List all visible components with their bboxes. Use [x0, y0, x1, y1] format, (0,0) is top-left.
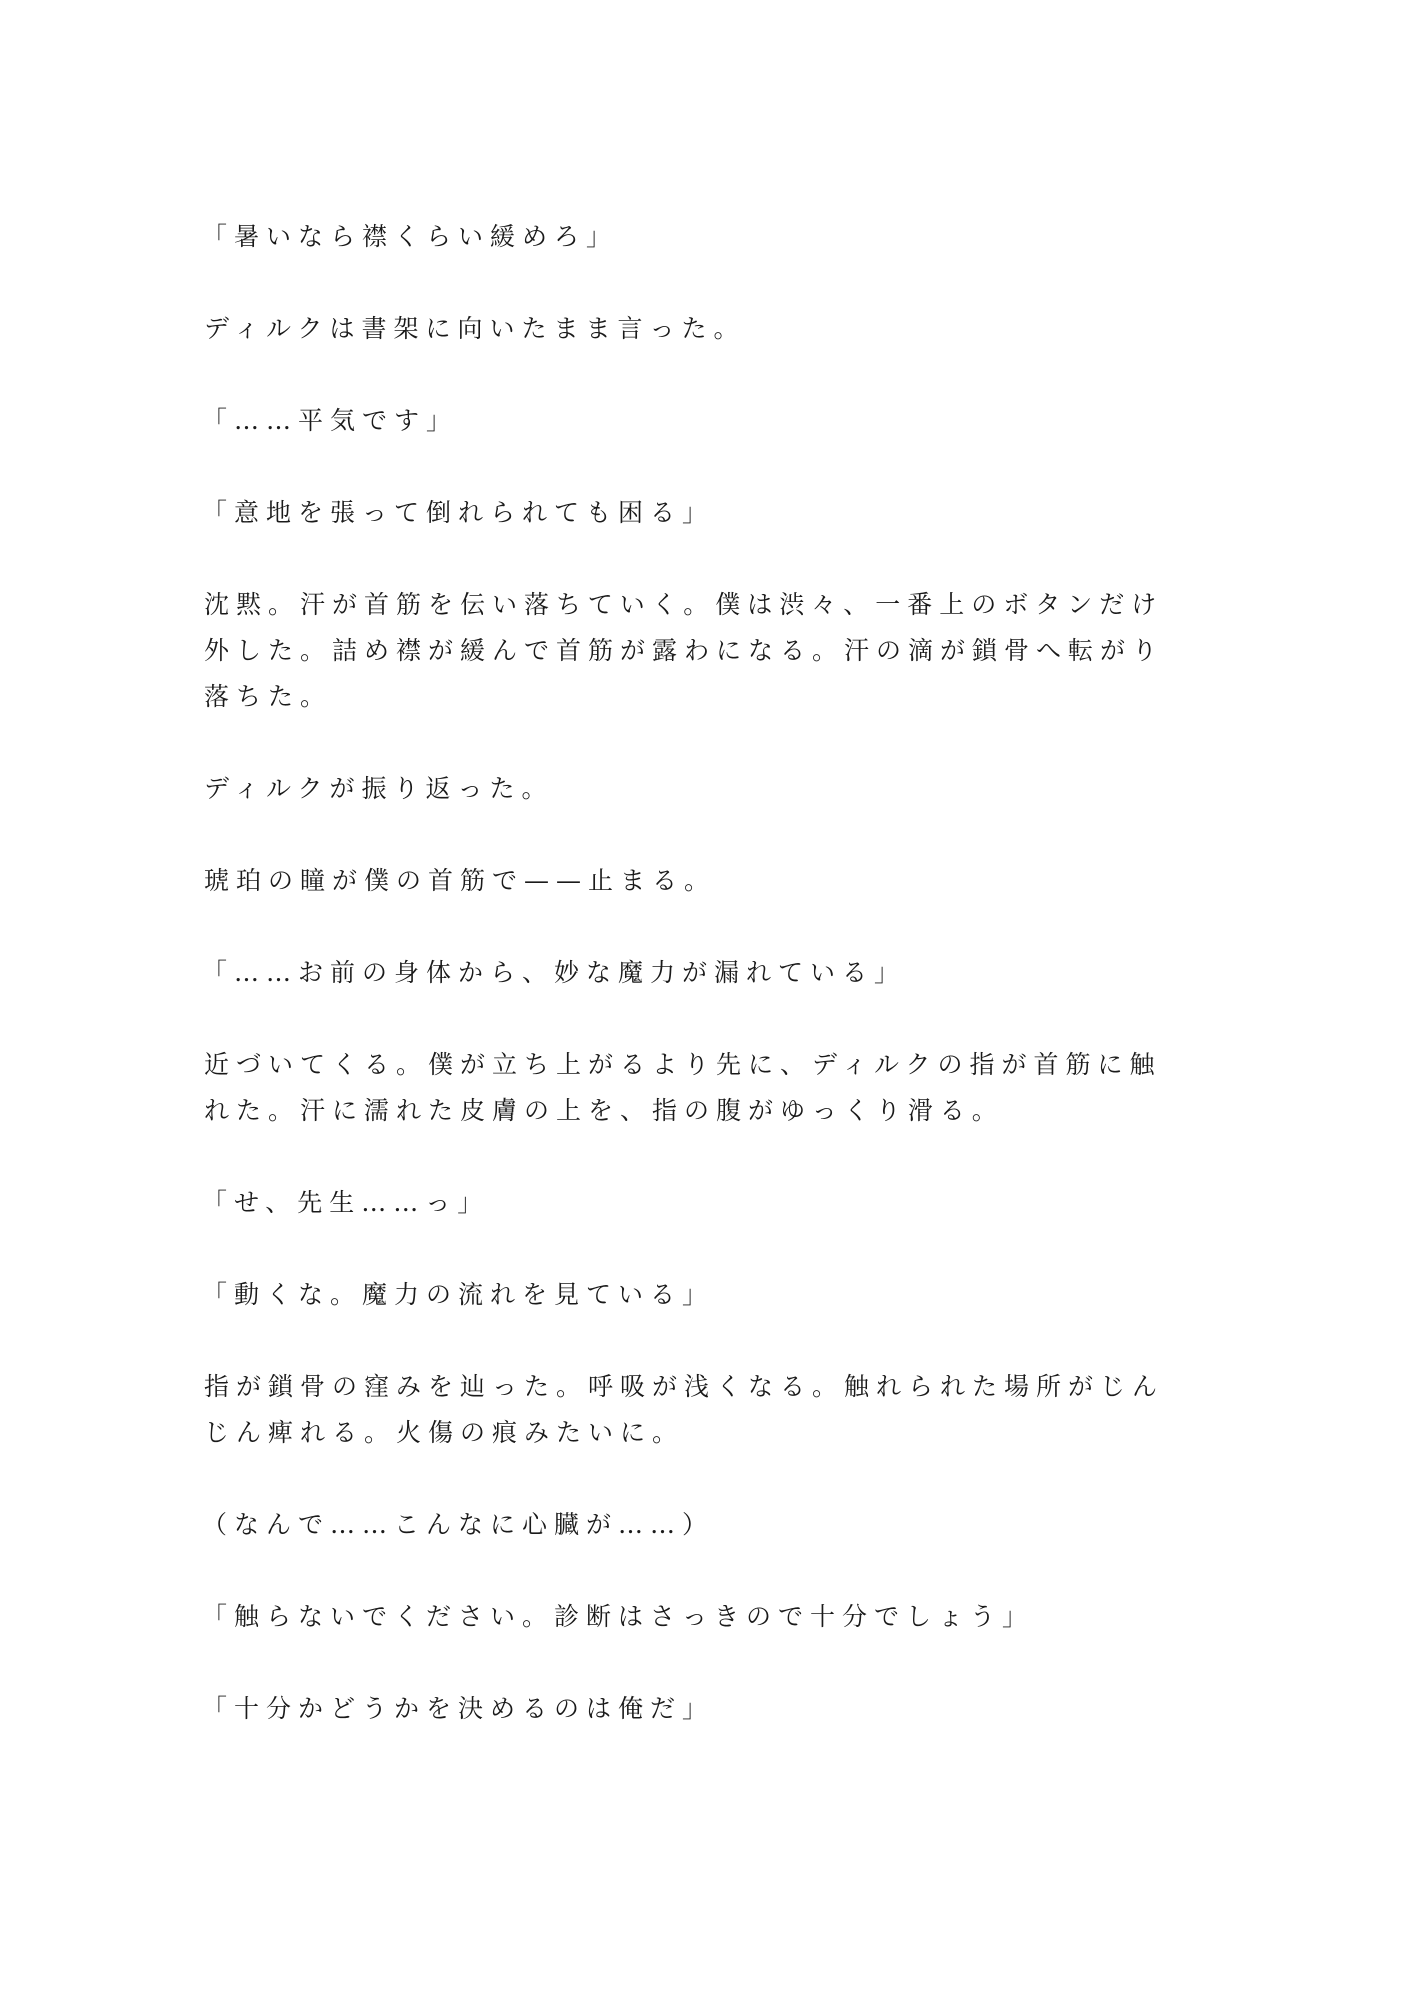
paragraph-dialogue: 「暑いなら襟くらい緩めろ」: [202, 214, 1184, 260]
paragraph-dialogue: 「動くな。魔力の流れを見ている」: [202, 1272, 1184, 1318]
paragraph-narration: ディルクは書架に向いたまま言った。: [204, 306, 1184, 352]
paragraph-dialogue: 「……お前の身体から、妙な魔力が漏れている」: [202, 950, 1184, 996]
paragraph-narration: 琥珀の瞳が僕の首筋で——止まる。: [204, 858, 1184, 904]
paragraph-dialogue: 「十分かどうかを決めるのは俺だ」: [202, 1686, 1184, 1732]
paragraph-narration: 沈黙。汗が首筋を伝い落ちていく。僕は渋々、一番上のボタンだけ外した。詰め襟が緩ん…: [204, 582, 1184, 720]
paragraph-dialogue: 「せ、先生……っ」: [202, 1180, 1184, 1226]
document-page: 「暑いなら襟くらい緩めろ」 ディルクは書架に向いたまま言った。 「……平気です」…: [204, 214, 1184, 1778]
paragraph-thought: （なんで……こんなに心臓が……）: [202, 1502, 1184, 1548]
paragraph-narration: 指が鎖骨の窪みを辿った。呼吸が浅くなる。触れられた場所がじんじん痺れる。火傷の痕…: [204, 1364, 1184, 1456]
paragraph-narration: 近づいてくる。僕が立ち上がるより先に、ディルクの指が首筋に触れた。汗に濡れた皮膚…: [204, 1042, 1184, 1134]
paragraph-dialogue: 「……平気です」: [202, 398, 1184, 444]
paragraph-dialogue: 「触らないでください。診断はさっきので十分でしょう」: [202, 1594, 1184, 1640]
paragraph-narration: ディルクが振り返った。: [204, 766, 1184, 812]
paragraph-dialogue: 「意地を張って倒れられても困る」: [202, 490, 1184, 536]
